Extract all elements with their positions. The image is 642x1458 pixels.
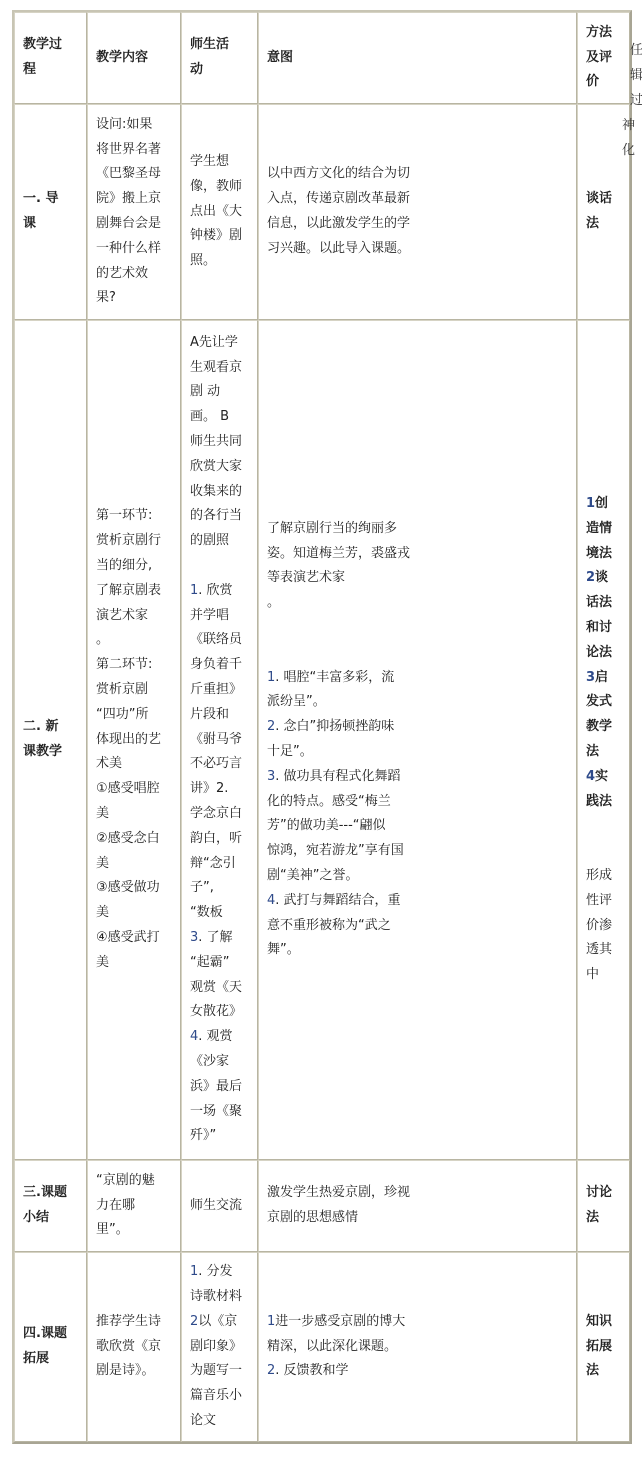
cell-line: 教学过 xyxy=(23,33,78,58)
cell-line: 2以《京 xyxy=(190,1310,249,1335)
cell-line: 程 xyxy=(23,58,78,83)
cell-line: 及评 xyxy=(586,46,621,71)
cell-line: 入点，传递京剧改革最新 xyxy=(267,187,568,212)
cell-line: 韵白，听 xyxy=(190,827,249,852)
cell-line: 信息，以此激发学生的学 xyxy=(267,212,568,237)
header-activity: 师生活动 xyxy=(181,12,258,104)
cell-line: 的剧照 xyxy=(190,529,249,554)
cell-line: ③感受做功 xyxy=(96,876,172,901)
cell-line: 术美 xyxy=(96,752,172,777)
cell-line: 意不重形被称为“武之 xyxy=(267,914,568,939)
cell-line: 剧“美神”之誉。 xyxy=(267,864,568,889)
cell-process: 四.课题拓展 xyxy=(14,1252,87,1442)
cell-line: 钟楼》剧 xyxy=(190,224,249,249)
cell-intent: 以中西方文化的结合为切入点，传递京剧改革最新信息，以此激发学生的学习兴趣。以此导… xyxy=(258,104,577,320)
cell-line: 剧舞台会是 xyxy=(96,212,172,237)
cell-line xyxy=(267,616,568,641)
cell-content: 第一环节:赏析京剧行当的细分,了解京剧表演艺术家。第二环节:赏析京剧“四功”所体… xyxy=(87,320,181,1160)
cell-line: 一场《聚 xyxy=(190,1100,249,1125)
cell-line: 赏析京剧行 xyxy=(96,529,172,554)
method-note: 形成性评价渗透其中 xyxy=(586,864,621,988)
cell-line: 教学 xyxy=(586,715,621,740)
cell-line: 照。 xyxy=(190,249,249,274)
cell-line: 学生想 xyxy=(190,150,249,175)
cell-line: 浜》最后 xyxy=(190,1075,249,1100)
cell-line: 讨论 xyxy=(586,1181,621,1206)
cell-line: 中 xyxy=(586,963,621,988)
cell-line: 第一环节: xyxy=(96,504,172,529)
cell-line: 以中西方文化的结合为切 xyxy=(267,162,568,187)
cell-line: 激发学生热爱京剧，珍视 xyxy=(267,1181,568,1206)
cell-line: 《联络员 xyxy=(190,628,249,653)
cell-line: 意图 xyxy=(267,46,568,71)
cell-line: 师生交流 xyxy=(190,1194,249,1219)
cell-line: “起霸” xyxy=(190,951,249,976)
cell-line: 力在哪 xyxy=(96,1194,172,1219)
cell-line: 动 xyxy=(190,58,249,83)
cell-intent: 激发学生热爱京剧，珍视京剧的思想感情 xyxy=(258,1160,577,1252)
cell-line: 习兴趣。以此导入课题。 xyxy=(267,237,568,262)
clipped-side-text: 任 辑 过 神化 xyxy=(622,38,642,163)
cell-method: 1创造情境法2谈话法和讨论法3启发式教学法4实践法 形成性评价渗透其中 xyxy=(577,320,630,1160)
cell-line: 发式 xyxy=(586,690,621,715)
cell-line: 教学内容 xyxy=(96,46,172,71)
cell-line: 。 xyxy=(267,591,568,616)
cell-line: 美 xyxy=(96,901,172,926)
cell-line: 里”。 xyxy=(96,1218,172,1243)
cell-line: 等表演艺术家 xyxy=(267,566,568,591)
cell-activity: 师生交流 xyxy=(181,1160,258,1252)
cell-line: 2. 念白”抑扬顿挫韵味 xyxy=(267,715,568,740)
cell-line: 知识 xyxy=(586,1310,621,1335)
cell-line: 四.课题 xyxy=(23,1322,78,1347)
cell-line: 斤重担》 xyxy=(190,678,249,703)
cell-line: 歼》” xyxy=(190,1124,249,1149)
cell-line: 子”, xyxy=(190,876,249,901)
cell-line: 《沙家 xyxy=(190,1050,249,1075)
cell-activity: 1. 分发诗歌材料2以《京剧印象》为题写一篇音乐小论文 xyxy=(181,1252,258,1442)
cell-line: ④感受武打 xyxy=(96,926,172,951)
cell-line: 法 xyxy=(586,740,621,765)
cell-line: 女散花》 xyxy=(190,1000,249,1025)
cell-line: 美 xyxy=(96,951,172,976)
cell-line: 惊鸿，宛若游龙”享有国 xyxy=(267,839,568,864)
cell-line: 形成 xyxy=(586,864,621,889)
cell-line: 当的细分, xyxy=(96,554,172,579)
cell-line: 1. 分发 xyxy=(190,1260,249,1285)
method-list: 1创造情境法2谈话法和讨论法3启发式教学法4实践法 xyxy=(586,492,621,814)
side-text-line: 辑 xyxy=(622,63,642,88)
cell-line: 篇音乐小 xyxy=(190,1384,249,1409)
header-content: 教学内容 xyxy=(87,12,181,104)
cell-line: 赏析京剧 xyxy=(96,678,172,703)
cell-line: 4实 xyxy=(586,765,621,790)
cell-process: 一. 导课 xyxy=(14,104,87,320)
cell-line: 3. 了解 xyxy=(190,926,249,951)
cell-line: 体现出的艺 xyxy=(96,728,172,753)
cell-line: ②感受念白 xyxy=(96,827,172,852)
cell-line: 剧印象》 xyxy=(190,1335,249,1360)
cell-line: 不必巧言 xyxy=(190,752,249,777)
cell-line: 1进一步感受京剧的博大 xyxy=(267,1310,568,1335)
cell-line: 1创 xyxy=(586,492,621,517)
cell-line: 谈话 xyxy=(586,187,621,212)
cell-line: A先让学 xyxy=(190,331,249,356)
cell-line: ①感受唱腔 xyxy=(96,777,172,802)
cell-line: 二. 新 xyxy=(23,715,78,740)
cell-line: 派纷呈”。 xyxy=(267,690,568,715)
cell-line: “四功”所 xyxy=(96,703,172,728)
cell-method: 讨论法 xyxy=(577,1160,630,1252)
cell-line: 的各行当 xyxy=(190,504,249,529)
cell-line: 法 xyxy=(586,1206,621,1231)
cell-line: 讲》2. xyxy=(190,777,249,802)
cell-line: 果? xyxy=(96,286,172,311)
side-text-line: 任 xyxy=(622,38,642,63)
cell-line: 一种什么样 xyxy=(96,237,172,262)
cell-line: 造情 xyxy=(586,517,621,542)
cell-line: 观赏《天 xyxy=(190,976,249,1001)
cell-line: 美 xyxy=(96,802,172,827)
cell-activity: A先让学生观看京剧 动画。 B师生共同欣赏大家收集来的的各行当的剧照1. 欣赏并… xyxy=(181,320,258,1160)
header-process: 教学过程 xyxy=(14,12,87,104)
cell-line: 的艺术效 xyxy=(96,262,172,287)
cell-content: 推荐学生诗歌欣赏《京剧是诗》。 xyxy=(87,1252,181,1442)
cell-line: 欣赏大家 xyxy=(190,455,249,480)
cell-line: 身负着千 xyxy=(190,653,249,678)
cell-line: 方法 xyxy=(586,21,621,46)
header-row: 教学过程 教学内容 师生活动 意图 方法及评价 xyxy=(14,12,630,104)
cell-line: 课教学 xyxy=(23,740,78,765)
cell-line: 师生活 xyxy=(190,33,249,58)
cell-line: 2谈 xyxy=(586,566,621,591)
cell-line: 芳”的做功美---“翩似 xyxy=(267,814,568,839)
cell-line: 论法 xyxy=(586,641,621,666)
cell-intent: 1进一步感受京剧的博大精深，以此深化课题。2. 反馈教和学 xyxy=(258,1252,577,1442)
table-row-intro: 一. 导课 设问:如果将世界名著《巴黎圣母院》搬上京剧舞台会是一种什么样的艺术效… xyxy=(14,104,630,320)
cell-line: 3启 xyxy=(586,666,621,691)
cell-line: 价 xyxy=(586,70,621,95)
cell-content: 设问:如果将世界名著《巴黎圣母院》搬上京剧舞台会是一种什么样的艺术效果? xyxy=(87,104,181,320)
cell-line: 点出《大 xyxy=(190,200,249,225)
cell-line: 三.课题 xyxy=(23,1181,78,1206)
table-row-new-lesson: 二. 新课教学 第一环节:赏析京剧行当的细分,了解京剧表演艺术家。第二环节:赏析… xyxy=(14,320,630,1160)
cell-line xyxy=(190,554,249,579)
cell-line: 学念京白 xyxy=(190,802,249,827)
cell-line: 片段和 xyxy=(190,703,249,728)
cell-line: 设问:如果 xyxy=(96,113,172,138)
cell-line: 话法 xyxy=(586,591,621,616)
cell-line: 剧是诗》。 xyxy=(96,1359,172,1384)
cell-line: 论文 xyxy=(190,1409,249,1434)
cell-line: 推荐学生诗 xyxy=(96,1310,172,1335)
cell-process: 三.课题小结 xyxy=(14,1160,87,1252)
cell-line: “数板 xyxy=(190,901,249,926)
cell-line: 一. 导 xyxy=(23,187,78,212)
cell-line: 拓展 xyxy=(586,1335,621,1360)
cell-line: 十足”。 xyxy=(267,740,568,765)
cell-line: 了解京剧表 xyxy=(96,579,172,604)
cell-line: 性评 xyxy=(586,889,621,914)
table-row-summary: 三.课题小结 “京剧的魅力在哪里”。 师生交流 激发学生热爱京剧，珍视京剧的思想… xyxy=(14,1160,630,1252)
cell-line: 法 xyxy=(586,212,621,237)
cell-activity: 学生想像，教师点出《大钟楼》剧照。 xyxy=(181,104,258,320)
cell-line: 师生共同 xyxy=(190,430,249,455)
cell-line: 第二环节: xyxy=(96,653,172,678)
header-intent: 意图 xyxy=(258,12,577,104)
cell-line: 了解京剧行当的绚丽多 xyxy=(267,517,568,542)
cell-line: 《巴黎圣母 xyxy=(96,162,172,187)
cell-line: 院》搬上京 xyxy=(96,187,172,212)
cell-line: 画。 B xyxy=(190,405,249,430)
cell-line: 1. 唱腔“丰富多彩，流 xyxy=(267,666,568,691)
cell-line: 2. 反馈教和学 xyxy=(267,1359,568,1384)
cell-line: 1. 欣赏 xyxy=(190,579,249,604)
cell-process: 二. 新课教学 xyxy=(14,320,87,1160)
cell-line: 美 xyxy=(96,852,172,877)
cell-line: 化的特点。感受“梅兰 xyxy=(267,790,568,815)
cell-line: 舞”。 xyxy=(267,938,568,963)
cell-line: 姿。知道梅兰芳，裘盛戎 xyxy=(267,542,568,567)
cell-content: “京剧的魅力在哪里”。 xyxy=(87,1160,181,1252)
cell-line: 践法 xyxy=(586,790,621,815)
lesson-plan-table: 教学过程 教学内容 师生活动 意图 方法及评价 一. 导课 设问:如果将世界名著… xyxy=(12,10,632,1444)
table-row-extension: 四.课题拓展 推荐学生诗歌欣赏《京剧是诗》。 1. 分发诗歌材料2以《京剧印象》… xyxy=(14,1252,630,1442)
cell-line: 法 xyxy=(586,1359,621,1384)
cell-line: 和讨 xyxy=(586,616,621,641)
cell-line xyxy=(267,641,568,666)
cell-line: 价渗 xyxy=(586,914,621,939)
cell-line: 剧 动 xyxy=(190,380,249,405)
cell-line: 小结 xyxy=(23,1206,78,1231)
cell-line: 演艺术家 xyxy=(96,604,172,629)
cell-line: 《驸马爷 xyxy=(190,728,249,753)
cell-line: “京剧的魅 xyxy=(96,1169,172,1194)
cell-line: 收集来的 xyxy=(190,480,249,505)
cell-line: 课 xyxy=(23,212,78,237)
cell-line: 。 xyxy=(96,628,172,653)
cell-line: 境法 xyxy=(586,542,621,567)
cell-line: 将世界名著 xyxy=(96,138,172,163)
cell-intent: 了解京剧行当的绚丽多姿。知道梅兰芳，裘盛戎等表演艺术家。1. 唱腔“丰富多彩，流… xyxy=(258,320,577,1160)
cell-line: 精深，以此深化课题。 xyxy=(267,1335,568,1360)
cell-line: 透其 xyxy=(586,938,621,963)
cell-line: 并学唱 xyxy=(190,604,249,629)
cell-line: 生观看京 xyxy=(190,356,249,381)
cell-line: 4. 武打与舞蹈结合，重 xyxy=(267,889,568,914)
cell-line: 为题写一 xyxy=(190,1359,249,1384)
cell-line: 辩“念引 xyxy=(190,852,249,877)
cell-line: 3. 做功具有程式化舞蹈 xyxy=(267,765,568,790)
cell-method: 知识拓展法 xyxy=(577,1252,630,1442)
cell-line: 歌欣赏《京 xyxy=(96,1335,172,1360)
cell-line: 拓展 xyxy=(23,1347,78,1372)
side-text-line: 神化 xyxy=(622,113,642,163)
side-text-line: 过 xyxy=(622,88,642,113)
cell-line: 像，教师 xyxy=(190,175,249,200)
cell-line: 诗歌材料 xyxy=(190,1285,249,1310)
cell-line: 京剧的思想感情 xyxy=(267,1206,568,1231)
cell-line: 4. 观赏 xyxy=(190,1025,249,1050)
